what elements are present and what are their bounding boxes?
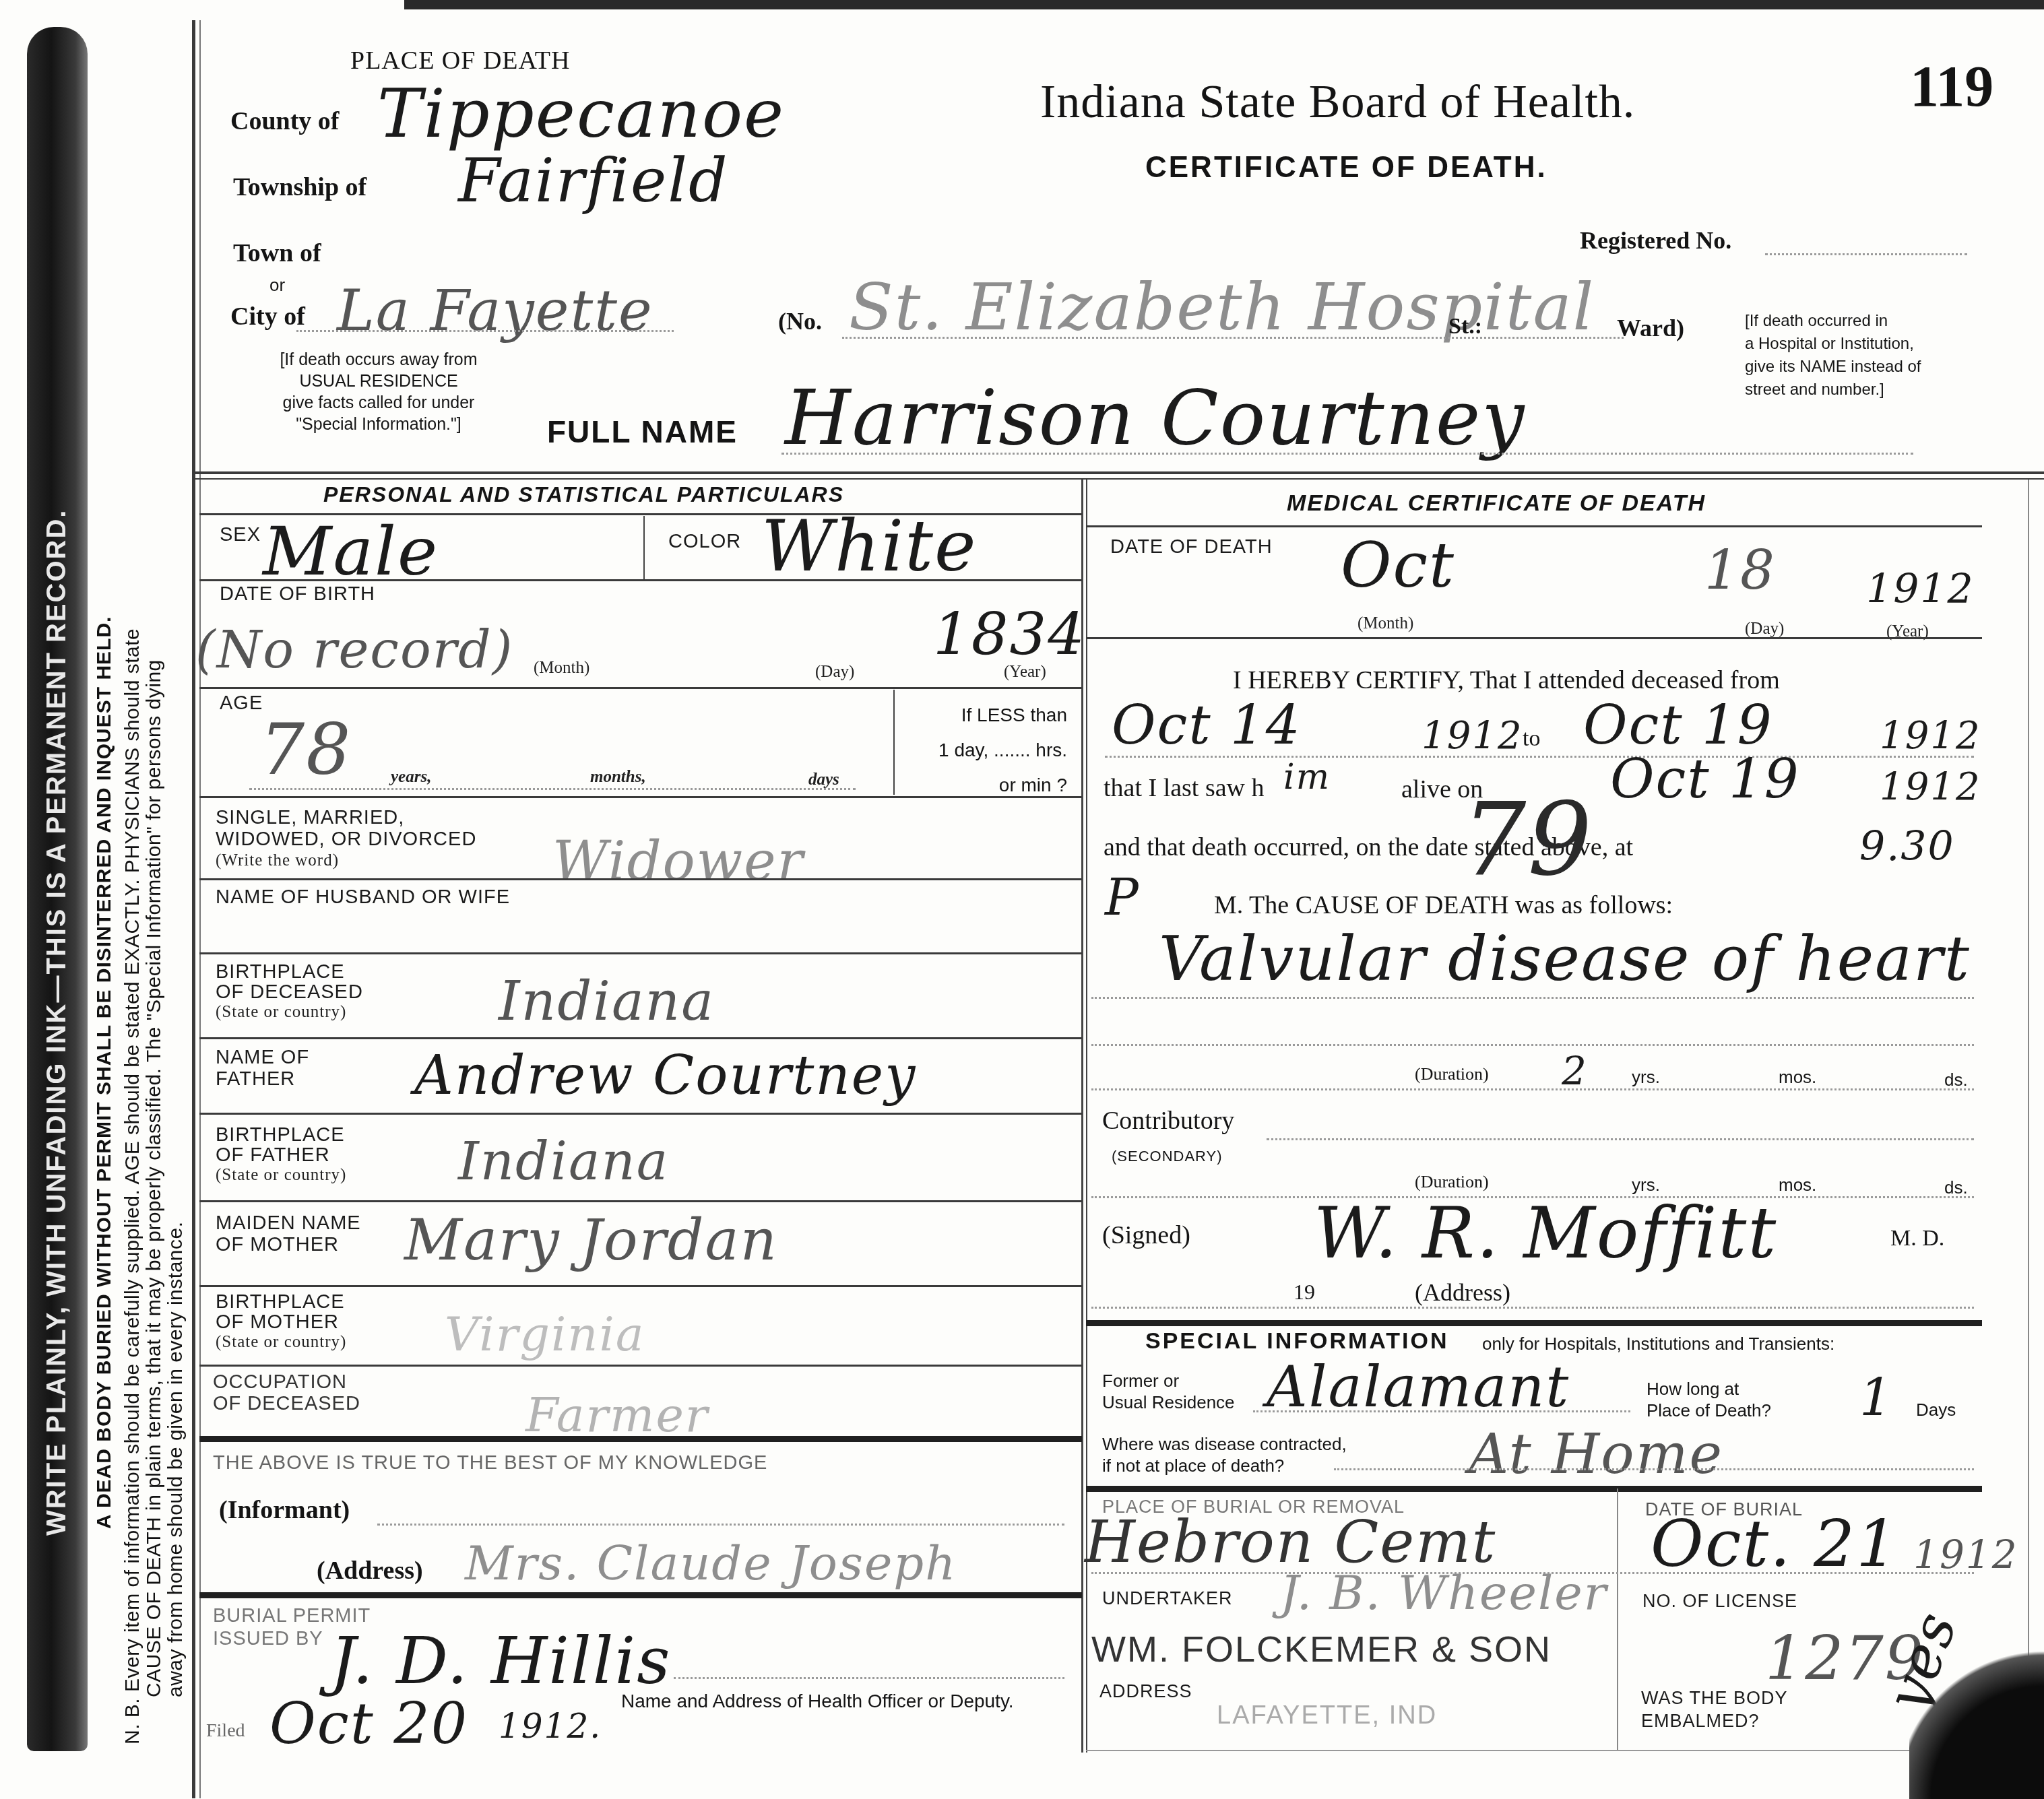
undertaker-address-label: ADDRESS bbox=[1099, 1681, 1192, 1702]
page-top-edge bbox=[404, 0, 2044, 9]
dob-label: DATE OF BIRTH bbox=[220, 583, 375, 606]
how-long-days-label: Days bbox=[1916, 1400, 1956, 1420]
cause-of-death-value[interactable]: Valvular disease of heart bbox=[1159, 923, 1971, 995]
age-less-divider bbox=[893, 690, 895, 795]
birthplace-value[interactable]: Indiana bbox=[499, 970, 715, 1033]
days-label: days bbox=[808, 771, 839, 789]
age-years-value[interactable]: 78 bbox=[260, 709, 352, 791]
town-label: Town of bbox=[233, 238, 321, 268]
nb-note-line-1: N. B. Every item of information should b… bbox=[121, 628, 144, 1744]
dob-month-label: (Month) bbox=[534, 659, 589, 678]
attended-from-year[interactable]: 1912 bbox=[1422, 714, 1523, 758]
form-left-border-inner bbox=[199, 20, 201, 1798]
row-divider bbox=[199, 1200, 1082, 1202]
color-label: COLOR bbox=[668, 531, 741, 553]
row-divider bbox=[199, 796, 1082, 798]
street-number-label: (No. bbox=[778, 307, 822, 335]
usual-residence-label: Former or Usual Residence bbox=[1102, 1370, 1235, 1413]
sex-color-divider bbox=[643, 516, 645, 581]
physician-address-label: (Address) bbox=[1415, 1278, 1510, 1307]
special-info-title: SPECIAL INFORMATION bbox=[1145, 1328, 1449, 1354]
secondary-label: (SECONDARY) bbox=[1112, 1148, 1223, 1165]
father-name-value[interactable]: Andrew Courtney bbox=[414, 1044, 916, 1107]
dob-year-value[interactable]: 1834 bbox=[933, 601, 1086, 668]
full-name-value[interactable]: Harrison Courtney bbox=[785, 374, 1525, 462]
secondary-duration-label: (Duration) bbox=[1415, 1172, 1489, 1192]
to-label: to bbox=[1523, 726, 1540, 752]
contributory-field[interactable] bbox=[1267, 1138, 1974, 1140]
duration-underline bbox=[1091, 1088, 1974, 1090]
margin-mark: 79 bbox=[1462, 781, 1593, 898]
street-label: St.: bbox=[1448, 314, 1482, 339]
informant-field[interactable] bbox=[377, 1524, 1064, 1526]
burial-column-divider bbox=[1617, 1489, 1618, 1751]
dod-day-label: (Day) bbox=[1745, 620, 1784, 639]
mother-name-value[interactable]: Mary Jordan bbox=[404, 1207, 778, 1273]
physician-address-field[interactable] bbox=[1091, 1307, 1974, 1309]
section-divider bbox=[199, 1592, 1082, 1598]
special-info-subtitle: only for Hospitals, Institutions and Tra… bbox=[1482, 1334, 1834, 1354]
duration-label: (Duration) bbox=[1415, 1064, 1489, 1084]
secondary-ds-label: ds. bbox=[1944, 1177, 1968, 1198]
occupation-label: OCCUPATION OF DECEASED bbox=[213, 1371, 360, 1414]
township-label: Township of bbox=[233, 172, 366, 202]
burial-permit-notice: A DEAD BODY BURIED WITHOUT PERMIT SHALL … bbox=[93, 616, 116, 1529]
row-divider bbox=[199, 1365, 1082, 1367]
dob-day-label: (Day) bbox=[815, 663, 854, 682]
registered-no-field[interactable] bbox=[1765, 253, 1967, 255]
duration-ds-label: ds. bbox=[1944, 1070, 1968, 1090]
form-left-border bbox=[192, 20, 195, 1798]
dod-label: DATE OF DEATH bbox=[1110, 536, 1273, 558]
how-long-label: How long at Place of Death? bbox=[1647, 1378, 1771, 1421]
attestation-label: THE ABOVE IS TRUE TO THE BEST OF MY KNOW… bbox=[213, 1452, 767, 1474]
father-name-label: NAME OF FATHER bbox=[216, 1047, 309, 1090]
contracted-value[interactable]: At Home bbox=[1469, 1422, 1723, 1486]
certificate-title: CERTIFICATE OF DEATH. bbox=[1145, 151, 1547, 185]
full-name-label: FULL NAME bbox=[547, 414, 738, 450]
last-saw-text: that I last saw h bbox=[1104, 773, 1265, 803]
township-value[interactable]: Fairfield bbox=[458, 145, 729, 216]
father-birthplace-label: BIRTHPLACE OF FATHER (State or country) bbox=[216, 1125, 346, 1185]
md-label: M. D. bbox=[1890, 1226, 1944, 1251]
place-of-death-heading: PLACE OF DEATH bbox=[350, 46, 570, 75]
row-divider bbox=[199, 878, 1082, 880]
undertaker-label: UNDERTAKER bbox=[1102, 1588, 1233, 1609]
last-saw-pronoun[interactable]: im bbox=[1283, 757, 1331, 797]
or-label: or bbox=[269, 275, 285, 296]
undertaker-signature[interactable]: J. B. Wheeler bbox=[1280, 1565, 1607, 1621]
age-underline bbox=[249, 788, 856, 790]
birthplace-label: BIRTHPLACE OF DECEASED (State or country… bbox=[216, 962, 363, 1022]
how-long-value[interactable]: 1 bbox=[1859, 1367, 1893, 1427]
header-divider-2 bbox=[195, 478, 2044, 480]
father-birthplace-value[interactable]: Indiana bbox=[458, 1132, 669, 1192]
years-label: years, bbox=[391, 768, 431, 787]
cause-underline bbox=[1091, 997, 1974, 999]
section-divider bbox=[199, 1436, 1082, 1442]
city-value[interactable]: La Fayette bbox=[337, 277, 653, 344]
nb-note-line-2: CAUSE OF DEATH in plain terms, that it m… bbox=[143, 659, 166, 1697]
last-saw-date[interactable]: Oct 19 bbox=[1610, 748, 1800, 810]
health-officer-label: Name and Address of Health Officer or De… bbox=[621, 1691, 1014, 1712]
color-value[interactable]: White bbox=[761, 505, 977, 587]
cause-of-death-text: M. The CAUSE OF DEATH was as follows: bbox=[1214, 890, 1673, 920]
less-than-a-day-note: If LESS than 1 day, ....... hrs. or min … bbox=[908, 698, 1067, 803]
row-divider bbox=[199, 1037, 1082, 1039]
dob-year-label: (Year) bbox=[1004, 663, 1046, 682]
row-divider bbox=[199, 579, 1082, 581]
nb-note-line-3: away from home should be given in every … bbox=[164, 1221, 187, 1697]
row-divider bbox=[1086, 637, 1982, 639]
burial-permit-issuer[interactable]: J. D. Hillis bbox=[330, 1623, 671, 1699]
attended-to-year[interactable]: 1912 bbox=[1880, 714, 1981, 758]
header-divider bbox=[195, 471, 2044, 474]
residence-underline bbox=[1253, 1410, 1630, 1412]
health-officer-underline bbox=[674, 1677, 1064, 1679]
certify-text: I HEREBY CERTIFY, That I attended deceas… bbox=[1233, 665, 1780, 695]
form-bottom-border bbox=[1086, 1750, 1982, 1751]
form-right-border bbox=[2028, 480, 2029, 1753]
street-value[interactable]: St. Elizabeth Hospital bbox=[849, 269, 1595, 345]
duration-mos-label: mos. bbox=[1779, 1067, 1816, 1088]
informant-address-value[interactable]: Mrs. Claude Joseph bbox=[465, 1536, 957, 1591]
dod-year-value[interactable]: 1912 bbox=[1866, 566, 1975, 613]
duration-years-value[interactable]: 2 bbox=[1562, 1048, 1588, 1094]
row-divider bbox=[1086, 525, 1982, 527]
death-time-value[interactable]: 9.30 bbox=[1859, 823, 1955, 870]
city-label: City of bbox=[230, 302, 305, 331]
secondary-mos-label: mos. bbox=[1779, 1175, 1816, 1196]
hospital-note: [If death occurred in a Hospital or Inst… bbox=[1745, 310, 1921, 401]
dod-month-value[interactable]: Oct bbox=[1341, 529, 1455, 601]
informant-address-label: (Address) bbox=[317, 1556, 423, 1585]
marital-status-label: SINGLE, MARRIED, WIDOWED, OR DIVORCED (W… bbox=[216, 807, 476, 872]
registered-no-label: Registered No. bbox=[1580, 226, 1731, 255]
signed-label: (Signed) bbox=[1102, 1220, 1190, 1250]
board-title: Indiana State Board of Health. bbox=[1040, 75, 1635, 129]
dod-day-value[interactable]: 18 bbox=[1704, 539, 1776, 601]
row-divider bbox=[199, 1285, 1082, 1287]
sig-year-prefix: 19 bbox=[1294, 1280, 1315, 1305]
row-divider bbox=[199, 1113, 1082, 1115]
informant-label: (Informant) bbox=[219, 1495, 350, 1525]
row-divider bbox=[199, 952, 1082, 954]
county-label: County of bbox=[230, 106, 340, 136]
ink-blot bbox=[1909, 1644, 2044, 1799]
months-label: months, bbox=[590, 768, 646, 787]
dob-value[interactable]: (No record) bbox=[195, 620, 513, 680]
marital-status-value[interactable]: Widower bbox=[552, 830, 804, 892]
attended-from-value[interactable]: Oct 14 bbox=[1112, 694, 1302, 756]
section-divider bbox=[1086, 1320, 1982, 1326]
city-underline bbox=[296, 330, 674, 332]
am-pm-value[interactable]: P bbox=[1105, 869, 1140, 927]
embalmed-label: WAS THE BODY EMBALMED? bbox=[1641, 1687, 1788, 1732]
spouse-label: NAME OF HUSBAND OR WIFE bbox=[216, 886, 510, 909]
personal-section-title: PERSONAL AND STATISTICAL PARTICULARS bbox=[323, 482, 844, 507]
undertaker-stamp: WM. FOLCKEMER & SON bbox=[1091, 1629, 1552, 1670]
contributory-label: Contributory bbox=[1102, 1106, 1234, 1136]
filed-date-value[interactable]: Oct 20 bbox=[269, 1691, 468, 1757]
age-label: AGE bbox=[220, 692, 263, 715]
filed-label: Filed bbox=[206, 1720, 245, 1742]
sex-label: SEX bbox=[220, 524, 261, 546]
license-label: NO. OF LICENSE bbox=[1642, 1591, 1797, 1612]
contracted-label: Where was disease contracted, if not at … bbox=[1102, 1433, 1347, 1476]
undertaker-address-value: LAFAYETTE, IND bbox=[1217, 1701, 1437, 1730]
occupation-value[interactable]: Farmer bbox=[525, 1387, 709, 1443]
attended-underline bbox=[1105, 756, 1974, 758]
last-saw-year[interactable]: 1912 bbox=[1880, 765, 1981, 809]
duration-yrs-label: yrs. bbox=[1632, 1067, 1660, 1088]
burial-date-year[interactable]: 1912 bbox=[1913, 1532, 2018, 1577]
full-name-underline bbox=[781, 453, 1913, 455]
ward-label: Ward) bbox=[1617, 314, 1684, 342]
mother-birthplace-value[interactable]: Virginia bbox=[445, 1307, 645, 1362]
contracted-underline bbox=[1334, 1468, 1974, 1470]
certificate-number: 119 bbox=[1910, 53, 1993, 120]
street-underline bbox=[842, 337, 1624, 339]
mother-birthplace-label: BIRTHPLACE OF MOTHER (State or country) bbox=[216, 1292, 346, 1352]
cause-underline-2 bbox=[1091, 1044, 1974, 1046]
column-divider bbox=[1081, 480, 1083, 1753]
physician-signature[interactable]: W. R. Moffitt bbox=[1314, 1192, 1777, 1274]
county-value[interactable]: Tippecanoe bbox=[377, 74, 785, 153]
section-divider bbox=[1086, 1486, 1982, 1492]
row-divider bbox=[199, 687, 1082, 689]
mother-name-label: MAIDEN NAME OF MOTHER bbox=[216, 1212, 361, 1255]
filed-year-value: 1912. bbox=[499, 1707, 602, 1746]
burial-date-value[interactable]: Oct. 21 bbox=[1651, 1506, 1898, 1581]
dod-month-label: (Month) bbox=[1358, 614, 1413, 633]
usual-residence-note: [If death occurs away from USUAL RESIDEN… bbox=[251, 349, 507, 435]
medical-section-title: MEDICAL CERTIFICATE OF DEATH bbox=[1287, 490, 1706, 517]
margin-band-text: WRITE PLAINLY, WITH UNFADING INK—THIS IS… bbox=[42, 509, 72, 1536]
